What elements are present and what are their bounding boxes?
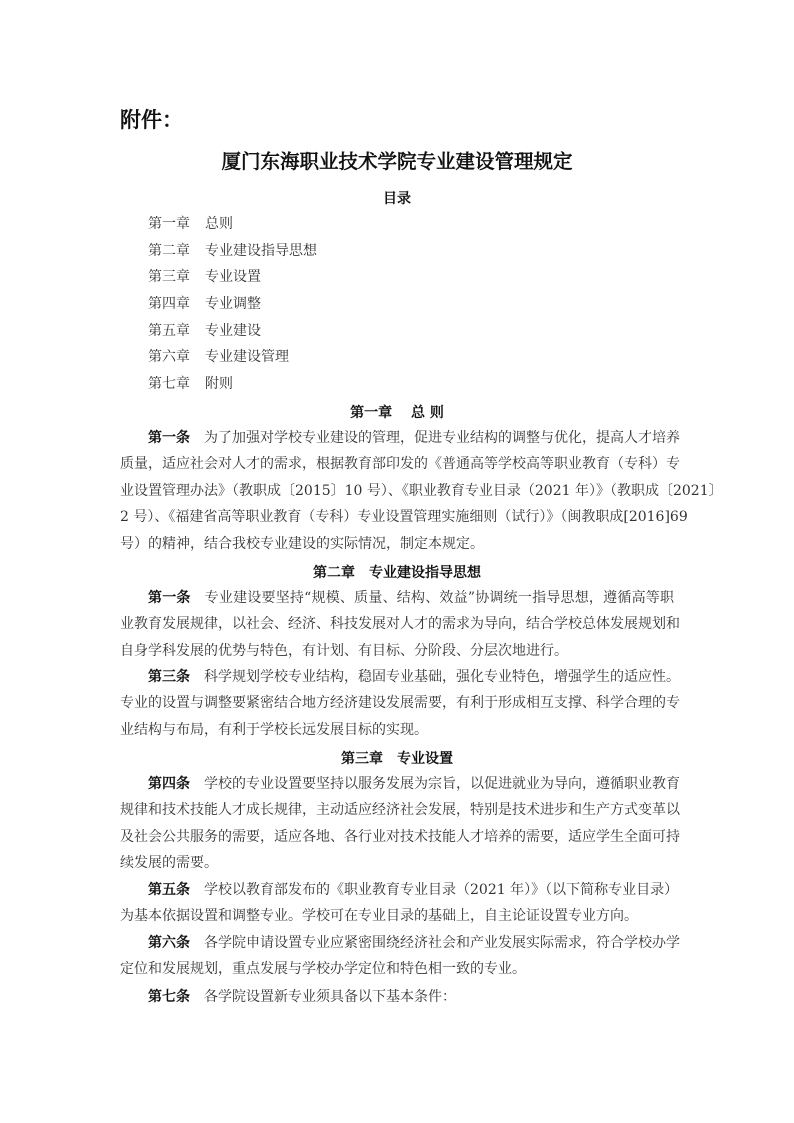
article-text: 各学院设置新专业须具备以下基本条件： — [204, 989, 456, 1005]
chapter-heading: 第二章 专业建设指导思想 — [120, 562, 674, 582]
article-text: 专业建设要坚持“规模、质量、结构、效益”协调统一指导思想，遵循高等职 — [205, 590, 674, 606]
article-label: 第一条 — [148, 430, 190, 446]
toc-item-label: 专业建设 — [205, 323, 261, 339]
article-text: 自身学科发展的优势与特色，有计划、有目标、分阶段、分层次地进行。 — [120, 638, 674, 664]
article-text: 为了加强对学校专业建设的管理，促进专业结构的调整与优化，提高人才培养 — [204, 430, 680, 446]
toc-item: 第四章专业调整 — [148, 293, 317, 320]
toc-item: 第三章专业设置 — [148, 266, 317, 293]
article-text: 定位和发展规划，重点发展与学校办学定位和特色相一致的专业。 — [120, 956, 674, 982]
article-text: 学校以教育部发布的《职业教育专业目录（2021 年）》（以下简称专业目录） — [204, 882, 678, 898]
toc-item: 第一章总则 — [148, 213, 317, 240]
article-label: 第四条 — [148, 776, 190, 792]
toc-item-label: 专业调整 — [205, 296, 261, 312]
toc-item-label: 专业建设指导思想 — [205, 243, 317, 259]
chapter-heading: 第三章 专业设置 — [120, 748, 674, 768]
toc-item-label: 专业建设管理 — [205, 349, 289, 365]
toc-item-label: 总则 — [205, 216, 233, 232]
article-text: 规律和技术技能人才成长规律，主动适应经济社会发展，特别是技术进步和生产方式变革以 — [120, 797, 674, 823]
toc-item: 第五章专业建设 — [148, 320, 317, 347]
toc-item-number: 第三章 — [148, 266, 205, 288]
article-label: 第三条 — [148, 669, 190, 685]
article: 第七条各学院设置新专业须具备以下基本条件： — [120, 984, 674, 1010]
toc-item-number: 第一章 — [148, 213, 205, 235]
article-text: 专业的设置与调整要紧密结合地方经济建设发展需要，有利于形成相互支撑、科学合理的专 — [120, 690, 674, 716]
toc-item-number: 第六章 — [148, 346, 205, 368]
article: 第一条专业建设要坚持“规模、质量、结构、效益”协调统一指导思想，遵循高等职 业教… — [120, 585, 674, 664]
table-of-contents: 第一章总则 第二章专业建设指导思想 第三章专业设置 第四章专业调整 第五章专业建… — [148, 213, 317, 400]
article-text: 业结构与布局，有利于学校长远发展目标的实现。 — [120, 717, 674, 743]
article: 第六条各学院申请设置专业应紧密围绕经济社会和产业发展实际需求，符合学校办学 定位… — [120, 930, 674, 983]
toc-item-number: 第七章 — [148, 373, 205, 395]
toc-item-number: 第五章 — [148, 320, 205, 342]
article-text: 各学院申请设置专业应紧密围绕经济社会和产业发展实际需求，符合学校办学 — [204, 935, 680, 951]
article-text: 业教育发展规律，以社会、经济、科技发展对人才的需求为导向，结合学校总体发展规划和 — [120, 611, 674, 637]
article-text: 质量，适应社会对人才的需求，根据教育部印发的《普通高等学校高等职业教育（专科）专 — [120, 451, 674, 477]
article-text: 科学规划学校专业结构，稳固专业基础，强化专业特色，增强学生的适应性。 — [204, 669, 680, 685]
article-label: 第六条 — [148, 935, 190, 951]
document-title: 厦门东海职业技术学院专业建设管理规定 — [120, 146, 674, 174]
article-label: 第五条 — [148, 882, 190, 898]
toc-item-number: 第四章 — [148, 293, 205, 315]
article-label: 第七条 — [148, 989, 190, 1005]
toc-item-label: 附则 — [205, 376, 233, 392]
article-text: 续发展的需要。 — [120, 850, 674, 876]
toc-item: 第七章附则 — [148, 373, 317, 400]
chapter-heading: 第一章 总 则 — [120, 402, 674, 422]
toc-item-label: 专业设置 — [205, 269, 261, 285]
article: 第四条学校的专业设置要坚持以服务发展为宗旨，以促进就业为导向，遵循职业教育 规律… — [120, 771, 674, 877]
article-text: 为基本依据设置和调整专业。学校可在专业目录的基础上，自主论证设置专业方向。 — [120, 903, 674, 929]
article: 第三条科学规划学校专业结构，稳固专业基础，强化专业特色，增强学生的适应性。 专业… — [120, 664, 674, 743]
article-text: 学校的专业设置要坚持以服务发展为宗旨，以促进就业为导向，遵循职业教育 — [204, 776, 680, 792]
toc-title: 目录 — [120, 188, 674, 208]
toc-item: 第六章专业建设管理 — [148, 346, 317, 373]
article-text: 及社会公共服务的需要，适应各地、各行业对技术技能人才培养的需要，适应学生全面可持 — [120, 824, 674, 850]
toc-item-number: 第二章 — [148, 240, 205, 262]
article-text: 号）的精神，结合我校专业建设的实际情况，制定本规定。 — [120, 531, 674, 557]
article-text: 业设置管理办法》（教职成〔2015〕10 号）、《职业教育专业目录（2021 年… — [120, 478, 674, 504]
article: 第五条学校以教育部发布的《职业教育专业目录（2021 年）》（以下简称专业目录）… — [120, 877, 674, 930]
article: 第一条为了加强对学校专业建设的管理，促进专业结构的调整与优化，提高人才培养 质量… — [120, 425, 674, 557]
attachment-label: 附件： — [120, 104, 183, 134]
article-label: 第一条 — [148, 590, 191, 606]
article-text: 2 号）、《福建省高等职业教育（专科）专业设置管理实施细则（试行）》（闽教职成[… — [120, 504, 674, 530]
toc-item: 第二章专业建设指导思想 — [148, 240, 317, 267]
